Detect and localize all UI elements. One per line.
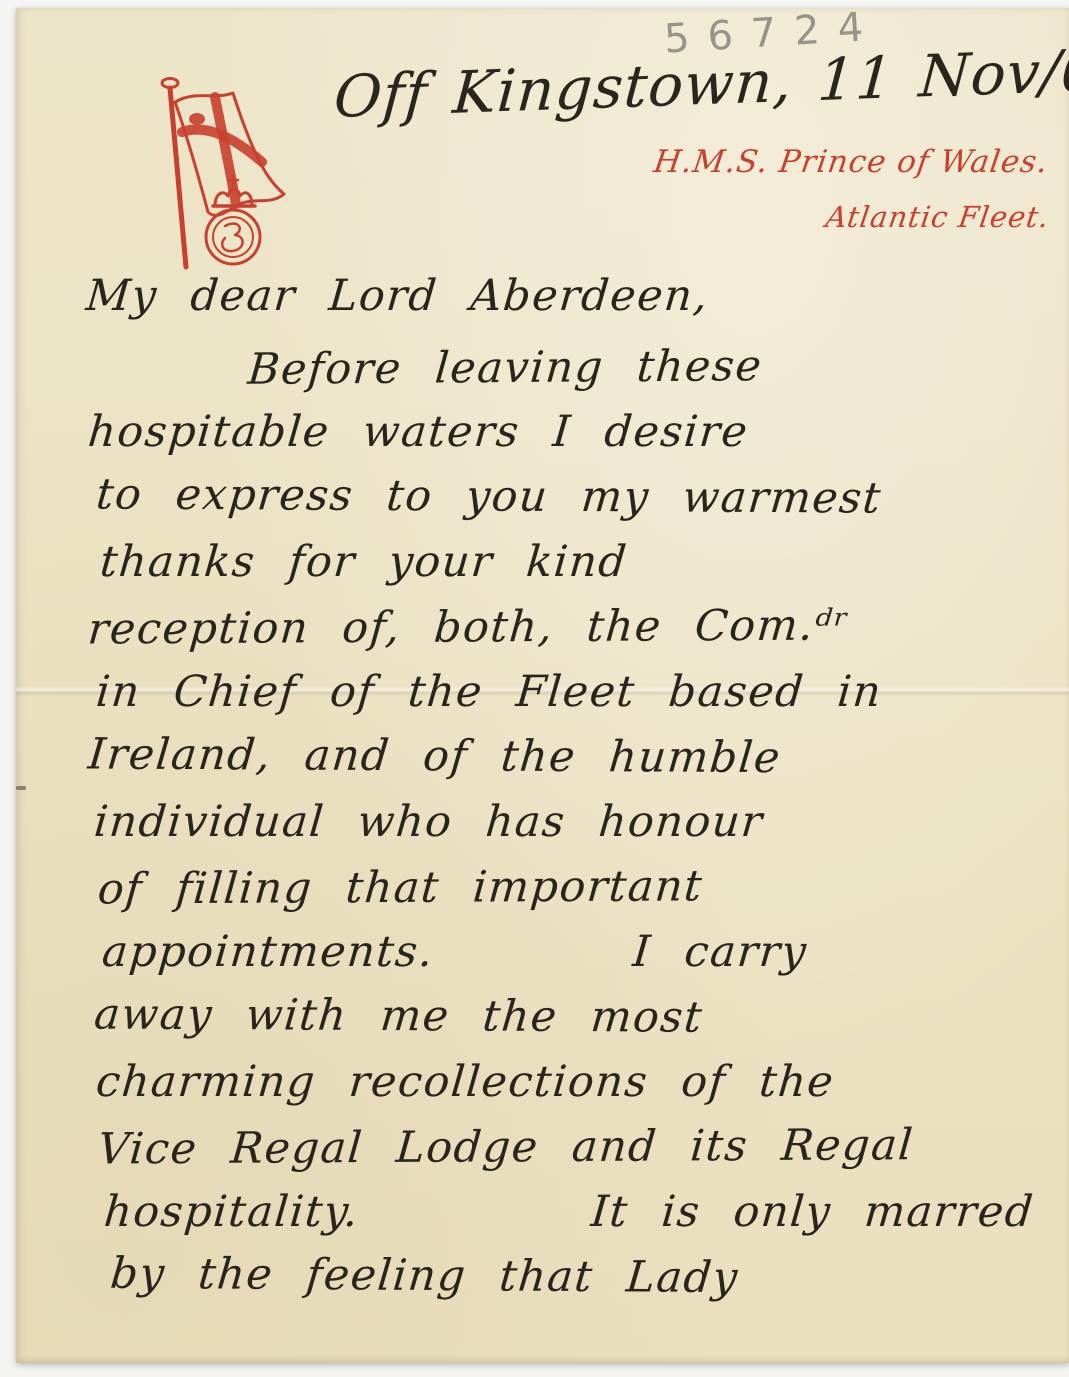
letter-line: Ireland, and of the humble	[85, 724, 1052, 794]
letter-body-lines: Before leaving thesehospitable waters I …	[86, 337, 1049, 1312]
letter-body: My dear Lord Aberdeen, Before leaving th…	[86, 266, 1049, 1312]
naval-flag-emblem-icon	[112, 70, 307, 274]
letter-line: by the feeling that Lady	[107, 1244, 1052, 1316]
scan-edge-mark	[16, 786, 26, 790]
handwritten-dateline: Off Kingstown, 11 Nov/09	[332, 37, 1069, 131]
letter-line: to express to you my warmest	[93, 465, 1052, 535]
letter-line: Before leaving these	[245, 334, 1052, 405]
letter-line: hospitality. It is only marred	[101, 1182, 1052, 1247]
letterhead-ship-name: H.M.S. Prince of Wales.	[651, 144, 1050, 180]
letter-line: away with me the most	[91, 985, 1052, 1055]
salutation: My dear Lord Aberdeen,	[83, 266, 1052, 331]
letter-line: in Chief of the Fleet based in	[93, 662, 1052, 727]
letter-line: thanks for your kind	[97, 532, 1052, 597]
letter-page: 56724 Off Kingstown, 11 Nov/09	[16, 8, 1069, 1363]
letter-line: individual who has honour	[91, 792, 1052, 857]
letter-line: hospitable waters I desire	[85, 402, 1052, 467]
letter-line: reception of, both, the Com.ᵈʳ	[85, 594, 1052, 664]
letter-line: appointments. I carry	[99, 922, 1052, 987]
letter-line: charming recollections of the	[93, 1052, 1052, 1117]
letter-line: Vice Regal Lodge and its Regal	[95, 1115, 1052, 1185]
letterhead-fleet-name: Atlantic Fleet.	[824, 200, 1052, 234]
letter-line: of filling that important	[95, 855, 1052, 925]
